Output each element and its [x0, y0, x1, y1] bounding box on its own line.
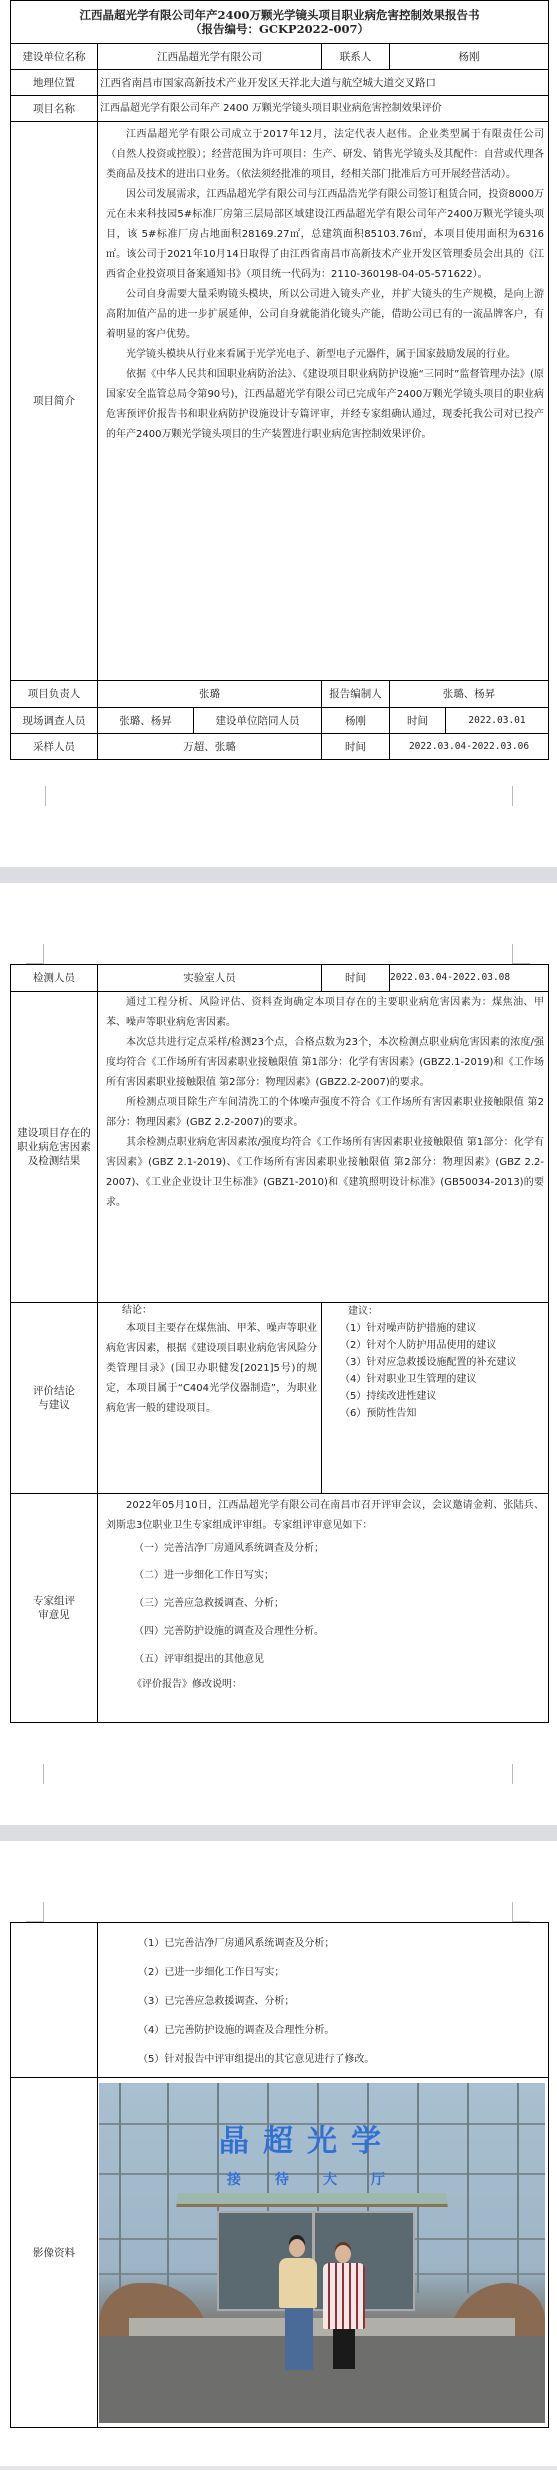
sampling-time-value: 2022.03.04-2022.03.06 [390, 734, 549, 760]
leader-label: 项目负责人 [11, 681, 98, 708]
title-line-1: 江西晶超光学有限公司年产2400万颗光学镜头项目职业病危害控制效果报告书 [13, 8, 546, 22]
building-subsign: 接待大厅 [227, 2173, 419, 2187]
page-break [0, 867, 557, 883]
entrance-steps [129, 2318, 515, 2336]
revision-item: （5）针对报告中评审组提出的其它意见进行了修改。 [100, 2045, 546, 2074]
hazard-paragraph: 本次总共进行定点采样/检测23个点，合格点数为23个，本次检测点职业病危害因素的… [106, 1033, 544, 1093]
person-head [289, 2239, 305, 2257]
revision-item: （3）已完善应急救援调查、分析； [100, 1987, 546, 2016]
media-label: 影像资料 [11, 2078, 98, 2428]
suggestion-heading: 建议： [324, 1303, 546, 1320]
testing-time-label: 时间 [322, 965, 390, 992]
page-corner-mark [512, 1764, 530, 1784]
testing-value: 实验室人员 [98, 965, 322, 992]
intro-paragraph: 因公司发展需求，江西晶超光学有限公司与江西晶浩光学有限公司签订租赁合同，投资80… [106, 185, 544, 285]
location-label: 地理位置 [11, 70, 98, 96]
review-item: （四）完善防护设施的调查及合理性分析。 [106, 1618, 544, 1646]
sampling-time-label: 时间 [322, 734, 390, 760]
revision-heading: 《评价报告》修改说明： [106, 1674, 544, 1696]
revision-item: （4）已完善防护设施的调查及合理性分析。 [100, 2016, 546, 2045]
page-3: （1）已完善洁净厂房通风系统调查及分析； （2）已进一步细化工作日写实； （3）… [0, 1841, 557, 2470]
unit-value: 江西晶超光学有限公司 [98, 44, 322, 70]
review-label: 专家组评审意见 [11, 1494, 98, 1723]
intro-paragraph: 公司自身需要大量采购镜头模块，所以公司进入镜头产业，并扩大镜头的生产规模，是向上… [106, 285, 544, 345]
page-break [0, 1825, 557, 1841]
location-value: 江西省南昌市国家高新技术产业开发区天祥北大道与航空城大道交叉路口 [98, 70, 549, 96]
hazards-content: 通过工程分析、风险评估、资料查询确定本项目存在的主要职业病危害因素为：煤焦油、甲… [98, 992, 549, 1303]
report-table-part1: 江西晶超光学有限公司年产2400万颗光学镜头项目职业病危害控制效果报告书 （报告… [10, 0, 549, 760]
report-table-part2: 检测人员 实验室人员 时间 2022.03.04-2022.03.08 建设项目… [10, 964, 549, 1723]
person-body [323, 2263, 365, 2329]
contact-value: 杨刚 [390, 44, 549, 70]
escort-value: 杨刚 [322, 708, 390, 734]
project-name-value: 江西晶超光学有限公司年产 2400 万颗光学镜头项目职业病危害控制效果评价 [98, 96, 549, 122]
conclusion-cell: 结论： 本项目主要存在煤焦油、甲苯、噪声等职业病危害因素，根据《建设项目职业病危… [98, 1303, 322, 1494]
revisions-content: （1）已完善洁净厂房通风系统调查及分析； （2）已进一步细化工作日写实； （3）… [98, 1923, 549, 2078]
review-item: （二）进一步细化工作日写实； [106, 1562, 544, 1590]
unit-label: 建设单位名称 [11, 44, 98, 70]
page-corner-mark [512, 1902, 530, 1922]
hazards-label: 建设项目存在的职业病危害因素及检测结果 [11, 992, 98, 1303]
conclusion-text: 本项目主要存在煤焦油、甲苯、噪声等职业病危害因素，根据《建设项目职业病危害风险分… [106, 1319, 317, 1419]
page-corner-mark [26, 944, 44, 964]
review-item: （三）完善应急救援调查、分析； [106, 1590, 544, 1618]
report-number: （报告编号：GCKP2022-007） [13, 22, 546, 36]
page-break [0, 2466, 557, 2470]
testing-label: 检测人员 [11, 965, 98, 992]
hazard-paragraph: 通过工程分析、风险评估、资料查询确定本项目存在的主要职业病危害因素为：煤焦油、甲… [106, 993, 544, 1033]
revision-item: （1）已完善洁净厂房通风系统调查及分析； [100, 1929, 546, 1958]
suggestion-item: （5）持续改进性建议 [324, 1388, 546, 1405]
person-head [335, 2245, 351, 2263]
testing-time-value: 2022.03.04-2022.03.08 [390, 965, 549, 992]
page-corner-mark [26, 1764, 44, 1784]
review-item: （一）完善洁净厂房通风系统调查及分析； [106, 1536, 544, 1562]
project-name-label: 项目名称 [11, 96, 98, 122]
intro-paragraph: 江西晶超光学有限公司成立于2017年12月，法定代表人赵伟。企业类型属于有限责任… [106, 125, 544, 185]
conclusion-label: 评价结论与建议 [11, 1303, 98, 1494]
survey-time-value: 2022.03.01 [446, 708, 549, 734]
compiler-label: 报告编制人 [322, 681, 390, 708]
revision-item: （2）已进一步细化工作日写实； [100, 1958, 546, 1987]
hazard-paragraph: 所检测点项目除生产车间清洗工的个体噪声强度不符合《工作场所有害因素职业接触限值 … [106, 1093, 544, 1133]
survey-label: 现场调查人员 [11, 708, 98, 734]
intro-paragraph: 光学镜头模块从行业来看属于光学光电子、新型电子元器件，属于国家鼓励发展的行业。 [106, 345, 544, 365]
suggestion-item: （4）针对职业卫生管理的建议 [324, 1371, 546, 1388]
person-body [279, 2258, 317, 2308]
suggestion-item: （3）针对应急救援设施配置的补充建议 [324, 1354, 546, 1371]
leader-value: 张璐 [98, 681, 322, 708]
entrance-canopy [176, 2193, 448, 2207]
intro-content: 江西晶超光学有限公司成立于2017年12月，法定代表人赵伟。企业类型属于有限责任… [98, 122, 549, 681]
conclusion-heading: 结论： [106, 1303, 317, 1319]
escort-label: 建设单位陪同人员 [194, 708, 322, 734]
review-intro: 2022年05月10日，江西晶超光学有限公司在南昌市召开评审会议，会议邀请金莉、… [106, 1496, 544, 1536]
sampling-value: 万超、张璐 [98, 734, 322, 760]
hazard-paragraph: 其余检测点职业病危害因素浓/强度均符合《工作场所有害因素职业接触限值 第1部分：… [106, 1133, 544, 1213]
survey-time-label: 时间 [390, 708, 446, 734]
review-item: （五）评审组提出的其他意见 [106, 1646, 544, 1674]
suggestion-item: （1）针对噪声防护措施的建议 [324, 1320, 546, 1337]
building-sign: 晶超光学 [219, 2135, 395, 2149]
contact-label: 联系人 [322, 44, 390, 70]
revision-label-blank [11, 1923, 98, 2078]
person-legs [333, 2329, 355, 2369]
page-corner-mark [512, 786, 532, 806]
compiler-value: 张璐、杨昇 [390, 681, 549, 708]
page-corner-mark [26, 786, 46, 806]
person-legs [285, 2308, 313, 2370]
report-title: 江西晶超光学有限公司年产2400万颗光学镜头项目职业病危害控制效果报告书 （报告… [11, 1, 549, 44]
intro-label: 项目简介 [11, 122, 98, 681]
suggestion-item: （2）针对个人防护用品使用的建议 [324, 1337, 546, 1354]
survey-value: 张璐、杨昇 [98, 708, 194, 734]
report-table-part3: （1）已完善洁净厂房通风系统调查及分析； （2）已进一步细化工作日写实； （3）… [10, 1922, 549, 2428]
page-1: 江西晶超光学有限公司年产2400万颗光学镜头项目职业病危害控制效果报告书 （报告… [0, 0, 557, 867]
site-photo: 晶超光学 接待大厅 [99, 2083, 545, 2423]
page-corner-mark [26, 1902, 44, 1922]
suggestion-item: （6）预防性告知 [324, 1405, 546, 1422]
ground [99, 2336, 545, 2423]
sampling-label: 采样人员 [11, 734, 98, 760]
review-content: 2022年05月10日，江西晶超光学有限公司在南昌市召开评审会议，会议邀请金莉、… [98, 1494, 549, 1723]
media-cell: 晶超光学 接待大厅 [98, 2078, 549, 2428]
intro-paragraph: 依据《中华人民共和国职业病防治法》、《建设项目职业病防护设施“三同时”监督管理办… [106, 365, 544, 445]
suggestions-cell: 建议： （1）针对噪声防护措施的建议 （2）针对个人防护用品使用的建议 （3）针… [322, 1303, 549, 1494]
page-2: 检测人员 实验室人员 时间 2022.03.04-2022.03.08 建设项目… [0, 883, 557, 1825]
page-corner-mark [512, 944, 530, 964]
